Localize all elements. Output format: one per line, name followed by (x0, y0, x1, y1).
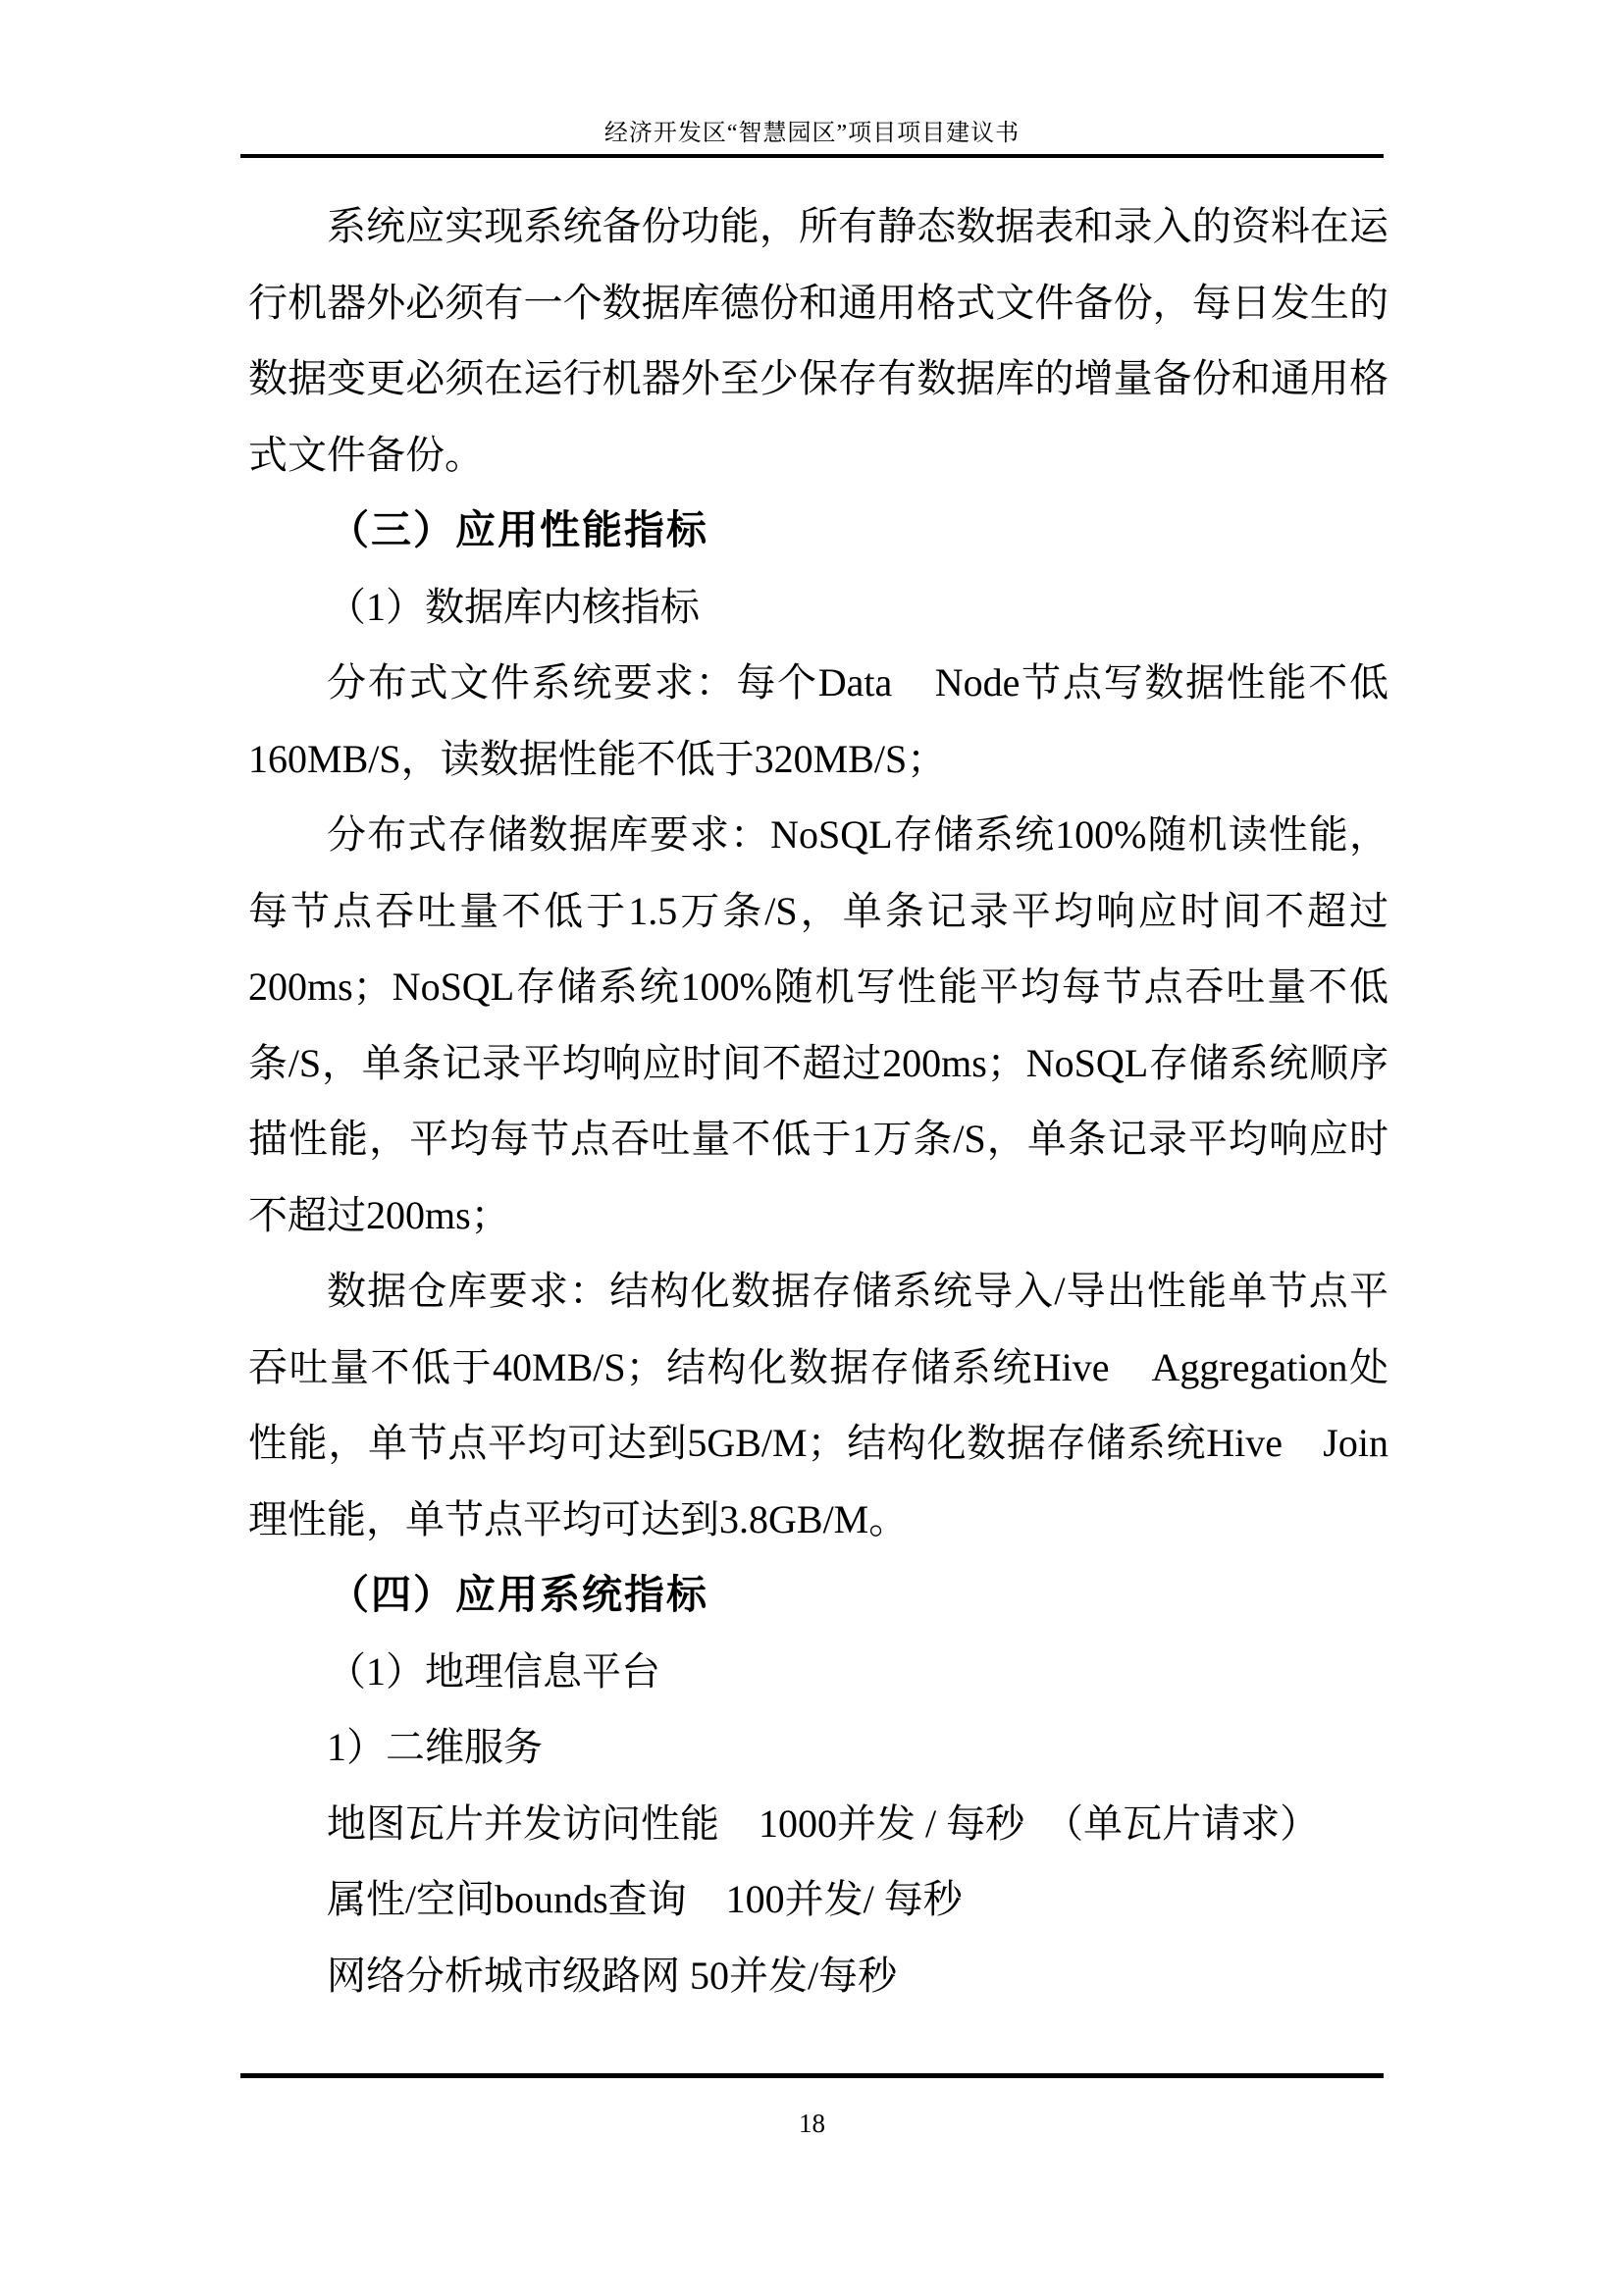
header-rule (240, 154, 1384, 158)
document-page: 经济开发区“智慧园区”项目项目建议书 系统应实现系统备份功能，所有静态数据表和录… (0, 0, 1624, 2295)
text-line: 行机器外必须有一个数据库德份和通用格式文件备份，每日发生的 (248, 265, 1388, 341)
list-item-heading: 1）二维服务 (248, 1709, 1388, 1786)
text-line: 描性能，平均每节点吞吐量不低于1万条/S，单条记录平均响应时间 (248, 1101, 1388, 1177)
text-line: 吞吐量不低于40MB/S；结构化数据存储系统Hive Aggregation处理 (248, 1330, 1388, 1406)
page-header-title: 经济开发区“智慧园区”项目项目建议书 (240, 114, 1384, 153)
footer-rule (240, 2073, 1384, 2078)
text-line: 条/S，单条记录平均响应时间不超过200ms；NoSQL存储系统顺序扫 (248, 1025, 1388, 1102)
text-line: 数据仓库要求：结构化数据存储系统导入/导出性能单节点平均 (248, 1253, 1388, 1330)
document-body: 系统应实现系统备份功能，所有静态数据表和录入的资料在运 行机器外必须有一个数据库… (248, 188, 1388, 2013)
text-line: 不超过200ms； (248, 1177, 1388, 1254)
text-line: 理性能，单节点平均可达到3.8GB/M。 (248, 1482, 1388, 1558)
section-heading-4: （四）应用系统指标 (248, 1557, 1388, 1634)
text-line: 200ms；NoSQL存储系统100%随机写性能平均每节点吞吐量不低于1万 (248, 949, 1388, 1025)
text-line: 分布式存储数据库要求：NoSQL存储系统100%随机读性能，平均 (248, 797, 1388, 873)
text-line: 每节点吞吐量不低于1.5万条/S，单条记录平均响应时间不超过 (248, 873, 1388, 950)
page-number: 18 (240, 2108, 1384, 2139)
spec-line: 属性/空间bounds查询 100并发/ 每秒 (248, 1861, 1388, 1938)
subsection-heading: （1）地理信息平台 (248, 1634, 1388, 1710)
text-line: 系统应实现系统备份功能，所有静态数据表和录入的资料在运 (248, 188, 1388, 265)
section-heading-3: （三）应用性能指标 (248, 493, 1388, 569)
spec-line: 地图瓦片并发访问性能 1000并发 / 每秒 （单瓦片请求） (248, 1786, 1388, 1862)
text-line: 160MB/S，读数据性能不低于320MB/S； (248, 721, 1388, 798)
text-line: 性能，单节点平均可达到5GB/M；结构化数据存储系统Hive Join处 (248, 1405, 1388, 1482)
text-line: 分布式文件系统要求：每个Data Node节点写数据性能不低于 (248, 645, 1388, 721)
text-line: 式文件备份。 (248, 417, 1388, 494)
text-line: 数据变更必须在运行机器外至少保存有数据库的增量备份和通用格 (248, 340, 1388, 417)
subsection-heading: （1）数据库内核指标 (248, 569, 1388, 646)
spec-line: 网络分析城市级路网 50并发/每秒 (248, 1938, 1388, 2014)
